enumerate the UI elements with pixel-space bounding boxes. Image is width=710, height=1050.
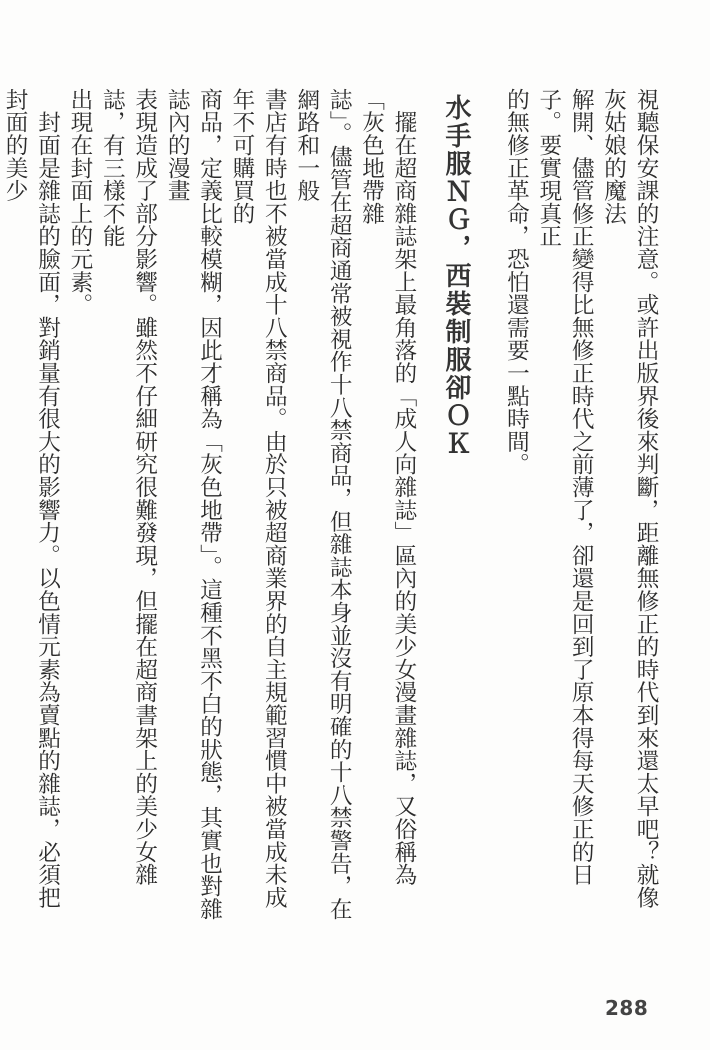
text-column: 誌」。儘管在超商通常被視作十八禁商品，但雜誌本身並沒有明確的十八禁警告，在網路和…	[290, 88, 355, 923]
text-column: 的無修正革命，恐怕還需要一點時間。	[500, 88, 532, 923]
text-column: 封面是雜誌的臉面，對銷量有很大的影響力。以色情元素為賣點的雜誌，必須把封面的美少	[0, 88, 64, 923]
text-column: 視聽保安課的注意。或許出版界後來判斷，距離無修正的時代到來還太早吧？就像灰姑娘的…	[597, 88, 662, 923]
text-column: 書店有時也不被當成十八禁商品。由於只被超商業界的自主規範習慣中被當成未成年不可購…	[226, 88, 291, 923]
paragraph-cover-design: 封面是雜誌的臉面，對銷量有很大的影響力。以色情元素為賣點的雜誌，必須把封面的美少…	[0, 88, 64, 923]
text-column: 表現造成了部分影響。雖然不仔細研究很難發現，但擺在超商書架上的美少女雜誌，有三樣…	[96, 88, 161, 923]
book-page: 視聽保安課的注意。或許出版界後來判斷，距離無修正的時代到來還太早吧？就像灰姑娘的…	[0, 0, 710, 1050]
text-column: 擺在超商雜誌架上最角落的「成人向雜誌」區內的美少女漫畫雜誌，又俗稱為「灰色地帶雜	[355, 88, 420, 923]
paragraph-continued: 視聽保安課的注意。或許出版界後來判斷，距離無修正的時代到來還太早吧？就像灰姑娘的…	[500, 88, 662, 923]
text-column: 出現在封面上的元素。	[64, 88, 96, 923]
page-number: 288	[605, 996, 648, 1020]
text-column: 商品，定義比較模糊，因此才稱為「灰色地帶」。這種不黑不白的狀態，其實也對雜誌內的…	[161, 88, 226, 923]
vertical-text-block: 視聽保安課的注意。或許出版界後來判斷，距離無修正的時代到來還太早吧？就像灰姑娘的…	[0, 88, 662, 923]
section-heading: 水手服ＮＧ，西裝制服卻ＯＫ	[440, 88, 472, 923]
text-column: 解開、儘管修正變得比無修正時代之前薄了，卻還是回到了原本得每天修正的日子。要實現…	[532, 88, 597, 923]
paragraph-gray-zone-magazines: 擺在超商雜誌架上最角落的「成人向雜誌」區內的美少女漫畫雜誌，又俗稱為「灰色地帶雜…	[64, 88, 420, 923]
